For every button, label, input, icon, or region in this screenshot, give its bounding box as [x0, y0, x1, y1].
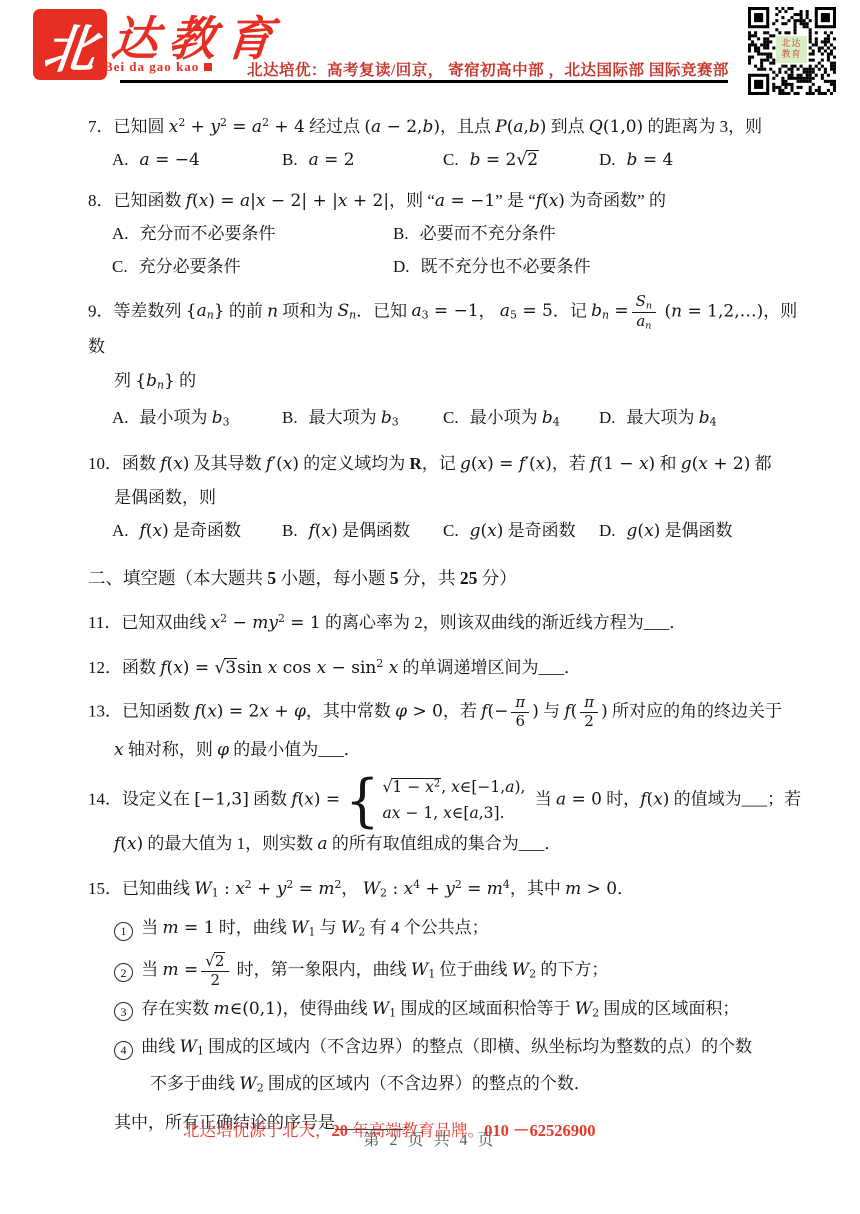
radical-sign: √	[516, 150, 526, 170]
sqrt-expression: √2	[516, 150, 539, 170]
subscript: 4	[553, 416, 560, 429]
option: A.最小项为 b3	[112, 403, 282, 438]
math-variable: f	[266, 454, 272, 474]
fraction: √22	[201, 952, 229, 990]
math-run: f(x)	[640, 790, 669, 810]
text-run: 是偶函数	[660, 521, 732, 540]
math-run: m∈(0,1)	[214, 999, 283, 1019]
math-run: a5 = 5	[500, 301, 553, 321]
math-variable: b	[529, 117, 540, 137]
option-label: C.	[443, 521, 459, 540]
text-run: 最大项为	[627, 408, 699, 427]
text-run: 的最大值为 1，则实数	[143, 834, 317, 853]
options-row: A.f(x) 是奇函数B.f(x) 是偶函数C.g(x) 是奇函数D.g(x) …	[0, 516, 860, 546]
superscript: 2	[245, 878, 252, 891]
subscript: 1	[197, 1045, 204, 1058]
options-row: A.最小项为 b3B.最大项为 b3C.最小项为 b4D.最大项为 b4	[0, 403, 860, 438]
math-run: P(a,b)	[495, 117, 546, 137]
superscript: 2	[434, 779, 440, 790]
math-run: f′(x)	[266, 454, 299, 474]
math-run: f(1 − x)	[590, 454, 655, 474]
math-variable: f	[309, 521, 315, 541]
math-variable: f	[291, 790, 297, 810]
math-variable: a	[411, 301, 421, 321]
math-run: (n = 1,2,…)	[659, 301, 763, 321]
subscript: 2	[257, 1082, 264, 1095]
text-run: 的值域为___；若	[669, 790, 801, 809]
option-body: 充分而不必要条件	[140, 224, 276, 243]
option-body: 最大项为 b4	[627, 408, 717, 427]
text-run: 12．函数	[88, 658, 160, 677]
option-label: C.	[443, 408, 459, 427]
superscript: 2	[286, 878, 293, 891]
math-variable: x	[443, 804, 452, 822]
math-variable: x	[404, 879, 414, 899]
math-variable: b	[422, 117, 433, 137]
text-run: 11．已知双曲线	[88, 613, 211, 632]
math-run: W2	[575, 999, 599, 1019]
option-label: B.	[282, 521, 298, 540]
math-run: x	[114, 740, 124, 760]
circled-number: 2	[114, 963, 133, 982]
question-line: 是偶函数，则	[0, 483, 860, 513]
seal-character: 北	[40, 7, 100, 82]
circled-number: 4	[114, 1041, 133, 1060]
math-run: b3	[381, 408, 399, 428]
superscript: 4	[413, 878, 420, 891]
math-variable: b	[542, 408, 553, 428]
option-label: B.	[282, 408, 298, 427]
math-variable: n	[267, 301, 278, 321]
subscript: 2	[380, 887, 387, 900]
math-run: Sn	[338, 301, 357, 321]
math-variable: b	[146, 371, 157, 391]
math-variable: x	[207, 701, 217, 721]
math-variable: b	[381, 408, 392, 428]
math-run: f(x)	[309, 521, 338, 541]
text-run: ，记	[422, 454, 460, 473]
text-run: 15．已知曲线	[88, 879, 194, 898]
text-run: 为奇函数” 的	[565, 191, 666, 210]
exam-page: 北 达教育 Bei da gao kao 北达培优：高考复读/回京， 寄宿初高中…	[0, 0, 860, 1214]
math-run: m > 0	[565, 879, 617, 899]
question-line: 4 曲线 W1 围成的区域内（不含边界）的整点（即横、纵坐标均为整数的点）的个数	[0, 1032, 860, 1067]
subscript: n	[207, 309, 214, 322]
math-run: {bn}	[135, 371, 175, 391]
text-run: 轴对称，则	[124, 740, 218, 759]
math-variable: f	[140, 521, 146, 541]
option: B.必要而不充分条件	[393, 219, 556, 249]
text-run: 与	[539, 701, 565, 720]
radical-sign: √	[383, 778, 392, 796]
option-label: D.	[393, 257, 410, 276]
brand-seal-logo: 北	[33, 9, 107, 80]
superscript: 2	[278, 612, 285, 625]
math-variable: W	[512, 960, 529, 980]
math-variable: g	[681, 454, 692, 474]
qr-label-line: 教育	[776, 49, 807, 60]
text-run: 围成的区域内（不含边界）的整点的个数．	[264, 1074, 591, 1093]
function-name: sin	[351, 658, 376, 678]
option-label: D.	[599, 521, 616, 540]
math-variable: a	[383, 804, 392, 822]
text-run: 曲线	[137, 1037, 180, 1056]
option-body: 既不充分也不必要条件	[421, 257, 591, 276]
denominator: 6	[511, 713, 529, 731]
option: D.b = 4	[599, 145, 673, 175]
math-variable: x	[478, 454, 488, 474]
text-run: 有 4 个公共点；	[365, 918, 488, 937]
option-body: a = 2	[309, 150, 355, 169]
text-run: 分）	[477, 568, 516, 588]
sqrt-expression: √1 − x2	[383, 778, 442, 796]
math-run: bn =	[591, 301, 629, 321]
math-variable: W	[363, 879, 380, 899]
option-label: C.	[112, 257, 128, 276]
radical-sign: √	[214, 658, 224, 678]
text-run: 最小项为	[470, 408, 542, 427]
option-body: b = 4	[627, 150, 674, 169]
text-run: 是奇函数	[503, 521, 575, 540]
option: D.既不充分也不必要条件	[393, 252, 591, 282]
math-run: b = 2√2	[470, 150, 539, 170]
math-variable: n	[671, 301, 682, 321]
math-variable: W	[239, 1074, 256, 1094]
math-run: W2	[341, 918, 365, 938]
math-variable: n	[157, 378, 164, 391]
math-variable: W	[194, 879, 211, 899]
math-variable: x	[549, 191, 559, 211]
math-variable: m	[487, 879, 503, 899]
math-variable: φ	[395, 701, 407, 721]
math-run: n	[267, 301, 278, 321]
numerator: π	[511, 694, 529, 713]
superscript: 2	[455, 878, 462, 891]
math-variable: a	[240, 191, 250, 211]
text-run: 围成的区域面积恰等于	[396, 999, 575, 1018]
math-variable: a	[505, 778, 514, 796]
math-variable: f	[160, 454, 166, 474]
question-line: 1 当 m = 1 时，曲线 W1 与 W2 有 4 个公共点；	[0, 913, 860, 948]
text-run: 的下方；	[536, 960, 608, 979]
math-variable: g	[627, 521, 638, 541]
brand-tagline-text: Bei da gao kao	[104, 59, 199, 74]
math-run: W1	[291, 918, 315, 938]
option-label: C.	[443, 150, 459, 169]
superscript: 2	[178, 116, 185, 129]
math-variable: x	[173, 454, 183, 474]
superscript: 2	[376, 657, 383, 670]
option-label: B.	[282, 150, 298, 169]
math-variable: x	[199, 191, 209, 211]
question-line: 不多于曲线 W2 围成的区域内（不含边界）的整点的个数．	[0, 1069, 860, 1104]
question-line: 13．已知函数 f(x) = 2x + φ，其中常数 φ > 0，若 f(−π6…	[0, 694, 860, 731]
math-variable: x	[268, 658, 278, 678]
math-variable: n	[602, 309, 609, 322]
subscript: 3	[223, 416, 230, 429]
option-label: A.	[112, 521, 129, 540]
circled-number: 3	[114, 1002, 133, 1021]
math-variable: y	[268, 613, 278, 633]
option: B.f(x) 是偶函数	[282, 516, 443, 546]
question-line: 3 存在实数 m∈(0,1)，使得曲线 W1 围成的区域面积恰等于 W2 围成的…	[0, 994, 860, 1029]
math-variable: a	[500, 301, 510, 321]
bold-run: 5	[267, 568, 276, 588]
math-run: W1	[372, 999, 396, 1019]
text-run: 项和为	[278, 301, 338, 320]
math-variable: a	[513, 117, 523, 137]
math-variable: x	[173, 658, 183, 678]
math-run: φ	[217, 740, 229, 760]
math-variable: x	[152, 521, 162, 541]
math-variable: W	[372, 999, 389, 1019]
text-run: 13．已知函数	[88, 701, 194, 720]
math-variable: f	[160, 658, 166, 678]
text-run: 函数	[249, 790, 292, 809]
option-body: g(x) 是偶函数	[627, 521, 733, 540]
math-variable: π	[584, 693, 594, 711]
denominator: 2	[580, 713, 598, 731]
math-run: f(−	[481, 701, 508, 721]
option-body: g(x) 是奇函数	[470, 521, 576, 540]
math-variable: x	[338, 191, 348, 211]
text-run: 充分而不必要条件	[140, 224, 276, 243]
option-label: D.	[599, 150, 616, 169]
option-body: 最大项为 b3	[309, 408, 399, 427]
cases-rows: √1 − x2, x∈[−1,a),ax − 1, x∈[a,3].	[383, 776, 526, 826]
text-run: ，其中	[510, 879, 565, 898]
math-variable: x	[653, 790, 663, 810]
math-run: b4	[542, 408, 560, 428]
math-variable: x	[211, 613, 221, 633]
math-variable: W	[575, 999, 592, 1019]
math-variable: f	[186, 191, 192, 211]
text-run: 7．已知圆	[88, 117, 169, 136]
math-variable: x	[644, 521, 654, 541]
math-run: W1	[180, 1037, 204, 1057]
text-run: 最小项为	[140, 408, 212, 427]
bold-run: 5	[390, 568, 399, 588]
text-run: 的最小值为___．	[229, 740, 361, 759]
cases-expression: {√1 − x2, x∈[−1,a),ax − 1, x∈[a,3].	[345, 776, 525, 826]
question-line: f(x) 的最大值为 1，则实数 a 的所有取值组成的集合为___．	[0, 829, 860, 859]
superscript: 2	[220, 116, 227, 129]
math-run: a = 2	[309, 150, 355, 170]
math-run: f(x)	[140, 521, 169, 541]
text-run: 当	[137, 960, 163, 979]
math-variable: a	[317, 834, 327, 854]
math-run: W1	[411, 960, 435, 980]
denominator: 2	[201, 972, 229, 990]
text-run: ，使得曲线	[283, 999, 372, 1018]
text-run: ，则 “	[389, 191, 435, 210]
math-variable: W	[411, 960, 428, 980]
option: C.g(x) 是奇函数	[443, 516, 599, 546]
math-variable: a	[636, 312, 645, 330]
header-banner-text: 北达培优：高考复读/回京， 寄宿初高中部 ，北达国际部 国际竞赛部	[247, 58, 732, 80]
math-run: )	[532, 701, 539, 721]
math-variable: x	[639, 454, 649, 474]
text-run: 的离心率为 2，则该双曲线的渐近线方程为___．	[321, 613, 687, 632]
math-variable: x	[389, 658, 399, 678]
subscript: 4	[710, 416, 717, 429]
math-run: b4	[699, 408, 717, 428]
options-row: A.a = −4B.a = 2C.b = 2√2D.b = 4	[0, 145, 860, 175]
math-variable: y	[210, 117, 220, 137]
math-variable: f	[481, 701, 487, 721]
math-variable: a	[371, 117, 381, 137]
option: B.a = 2	[282, 145, 443, 175]
text-run: 都	[750, 454, 771, 473]
option: A.a = −4	[112, 145, 282, 175]
math-variable: a	[435, 191, 445, 211]
question-line: 8．已知函数 f(x) = a|x − 2| + |x + 2|，则 “a = …	[0, 186, 860, 216]
cases-row: √1 − x2, x∈[−1,a),	[383, 776, 526, 799]
math-run: φ > 0	[395, 701, 443, 721]
text-run: 当	[137, 918, 163, 937]
question-line: x 轴对称，则 φ 的最小值为___．	[0, 735, 860, 765]
math-variable: f	[640, 790, 646, 810]
option-body: b = 2√2	[470, 150, 539, 169]
math-run: f(	[564, 701, 577, 721]
math-variable: Q	[589, 117, 603, 137]
text-run: 是偶函数，则	[114, 488, 216, 507]
numerator: √2	[201, 952, 229, 972]
section-heading: 二、填空题（本大题共 5 小题，每小题 5 分，共 25 分）	[0, 563, 860, 593]
text-run: 是偶函数	[338, 521, 410, 540]
text-run: ．记	[553, 301, 591, 320]
option: A.f(x) 是奇函数	[112, 516, 282, 546]
math-variable: g	[460, 454, 471, 474]
fraction: π2	[580, 694, 598, 731]
question-line: 列 {bn} 的	[0, 366, 860, 401]
math-variable: φ	[217, 740, 229, 760]
option: A.充分而不必要条件	[112, 219, 393, 249]
subscript: n	[646, 300, 652, 311]
math-run: g(x + 2)	[681, 454, 751, 474]
math-run: W1 : x2 + y2 = m2	[194, 879, 341, 899]
question-line: 14．设定义在 [−1,3] 函数 f(x) ={√1 − x2, x∈[−1,…	[0, 776, 860, 826]
math-variable: f	[564, 701, 570, 721]
option-body: 最小项为 b3	[140, 408, 230, 427]
math-run: Q(1,0)	[589, 117, 643, 137]
math-run: f(x)	[114, 834, 143, 854]
text-run: 的	[175, 371, 196, 390]
superscript: 4	[503, 878, 510, 891]
math-run: m =	[163, 960, 199, 980]
qr-code: 北达教育	[747, 7, 837, 95]
math-variable: a	[252, 117, 262, 137]
option-label: A.	[112, 408, 129, 427]
text-run: 最大项为	[309, 408, 381, 427]
subscript: n	[645, 320, 651, 331]
text-run: 既不充分也不必要条件	[421, 257, 591, 276]
radical-sign: √	[205, 952, 214, 970]
option: C.b = 2√2	[443, 145, 599, 175]
bold-run: R	[409, 454, 421, 473]
math-variable: a	[309, 150, 319, 170]
math-variable: y	[277, 879, 287, 899]
math-variable: x	[169, 117, 179, 137]
text-run: 当	[530, 790, 556, 809]
math-variable: m	[214, 999, 230, 1019]
options-row: C.充分必要条件D.既不充分也不必要条件	[0, 252, 860, 282]
question-line: 7．已知圆 x2 + y2 = a2 + 4 经过点 (a − 2,b)，且点 …	[0, 108, 860, 142]
subscript: 5	[510, 309, 517, 322]
text-run: ，	[479, 301, 500, 320]
math-variable: f	[519, 454, 525, 474]
option-label: A.	[112, 224, 129, 243]
math-variable: x	[114, 740, 124, 760]
math-variable: x	[127, 834, 137, 854]
brand-tagline: Bei da gao kao	[104, 59, 212, 75]
math-variable: m	[318, 879, 334, 899]
math-variable: n	[207, 309, 214, 322]
math-variable: P	[495, 117, 506, 137]
math-run: f(x)	[536, 191, 565, 211]
cases-row: ax − 1, x∈[a,3].	[383, 802, 526, 825]
math-variable: x	[322, 521, 332, 541]
math-variable: π	[515, 693, 525, 711]
math-run: f(x) = a|x − 2| + |x + 2|	[186, 191, 389, 211]
math-variable: m	[565, 879, 581, 899]
math-variable: n	[646, 300, 652, 311]
text-run: 小题，每小题	[276, 568, 390, 588]
sqrt-body: 1 − x2	[391, 778, 441, 796]
math-run: (a − 2,b)	[364, 117, 440, 137]
option-body: a = −4	[140, 150, 200, 169]
option: C.充分必要条件	[112, 252, 393, 282]
text-run: 围成的区域面积；	[599, 999, 739, 1018]
math-variable: b	[627, 150, 638, 170]
math-run: W2 : x4 + y2 = m4	[363, 879, 510, 899]
text-run: 的距离为 3，则	[643, 117, 762, 136]
math-variable: m	[252, 613, 268, 633]
subscript: 3	[422, 309, 429, 322]
brace-glyph: {	[345, 778, 379, 823]
math-variable: φ	[294, 701, 306, 721]
question-line: 12．函数 f(x) = √3sin x cos x − sin2 x 的单调递…	[0, 649, 860, 683]
subscript: n	[602, 309, 609, 322]
option-label: B.	[393, 224, 409, 243]
math-run: f(x) =	[291, 790, 340, 810]
text-run: 时，第一象限内，曲线	[232, 960, 411, 979]
denominator: an	[632, 313, 656, 332]
math-run: f(x)	[160, 454, 189, 474]
math-variable: n	[645, 320, 651, 331]
text-run: 时，曲线	[215, 918, 292, 937]
superscript: 2	[220, 612, 227, 625]
math-variable: a	[140, 150, 150, 170]
math-variable: x	[698, 454, 708, 474]
math-variable: a	[197, 301, 207, 321]
text-run: 是奇函数	[169, 521, 241, 540]
math-run: b = 4	[627, 150, 674, 170]
sqrt-body: 3	[224, 658, 237, 678]
math-variable: a	[556, 790, 566, 810]
math-run: a3 = −1	[411, 301, 478, 321]
text-run: 充分必要条件	[139, 257, 241, 276]
question-line: 15．已知曲线 W1 : x2 + y2 = m2， W2 : x4 + y2 …	[0, 870, 860, 909]
math-run: b3	[212, 408, 230, 428]
math-variable: x	[392, 804, 401, 822]
text-run: ，其中常数	[306, 701, 395, 720]
numerator: π	[580, 694, 598, 713]
function-name: cos	[283, 658, 311, 678]
text-run: 经过点	[305, 117, 365, 136]
option: D.g(x) 是偶函数	[599, 516, 733, 546]
math-variable: f	[194, 701, 200, 721]
